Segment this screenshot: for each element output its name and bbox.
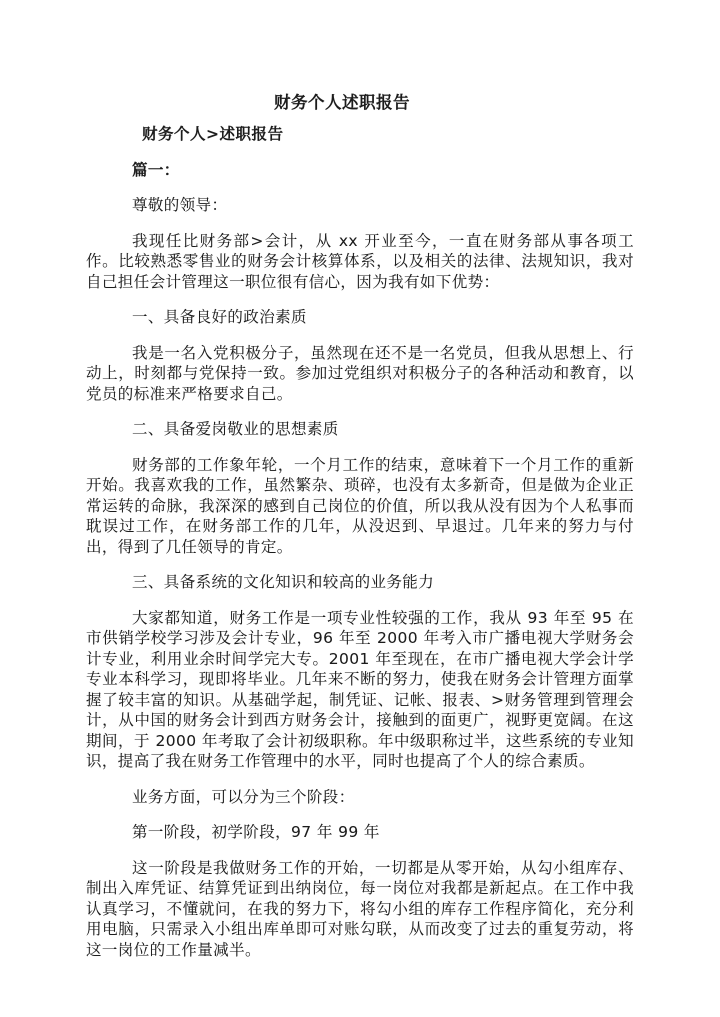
- paragraph-business-stages: 业务方面，可以分为三个阶段：: [86, 787, 634, 808]
- section-label: 篇一：: [86, 160, 634, 181]
- paragraph-knowledge-ability: 大家都知道，财务工作是一项专业性较强的工作，我从 93 年至 95 在市供销学校…: [86, 608, 634, 772]
- paragraph-stage-one-title: 第一阶段，初学阶段，97 年 99 年: [86, 822, 634, 843]
- heading-political-quality: 一、具备良好的政治素质: [86, 307, 634, 328]
- salutation: 尊敬的领导：: [86, 195, 634, 216]
- heading-dedication: 二、具备爱岗敬业的思想素质: [86, 419, 634, 440]
- paragraph-intro: 我现任比财务部>会计，从 xx 开业至今，一直在财务部从事各项工作。比较熟悉零售…: [86, 231, 634, 293]
- paragraph-stage-one-detail: 这一阶段是我做财务工作的开始，一切都是从零开始，从勾小组库存、制出入库凭证、结算…: [86, 858, 634, 961]
- paragraph-political-quality: 我是一名入党积极分子，虽然现在还不是一名党员，但我从思想上、行动上，时刻都与党保…: [86, 343, 634, 405]
- page-title: 财务个人述职报告: [86, 92, 634, 114]
- heading-knowledge-ability: 三、具备系统的文化知识和较高的业务能力: [86, 572, 634, 593]
- paragraph-dedication: 财务部的工作象年轮，一个月工作的结束，意味着下一个月工作的重新开始。我喜欢我的工…: [86, 455, 634, 558]
- breadcrumb: 财务个人>述职报告: [86, 124, 634, 145]
- document-page: 财务个人述职报告 财务个人>述职报告 篇一： 尊敬的领导： 我现任比财务部>会计…: [0, 0, 720, 1017]
